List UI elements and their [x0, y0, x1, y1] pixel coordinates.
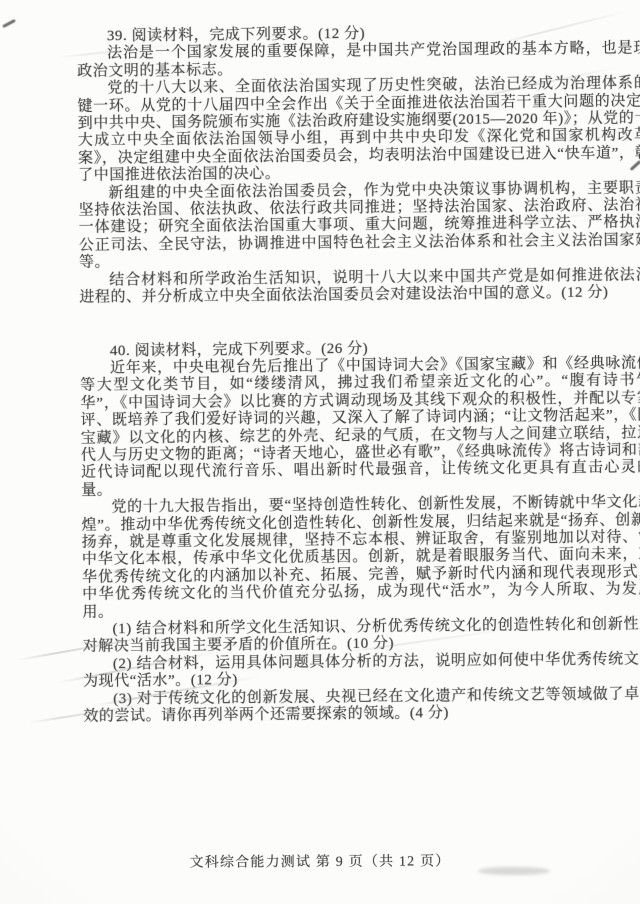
- question-39-task: 结合材料和所学政治生活知识，说明十八大以来中国共产党是如何推进依法治国进程的、并…: [79, 267, 640, 307]
- scanned-exam-page: 39. 阅读材料，完成下列要求。(12 分) 法治是一个国家发展的重要保障，是中…: [0, 0, 640, 904]
- question-39-paragraph-3: 新组建的中央全面依法治国委员会，作为党中央决策议事协调机构，主要职责是坚持依法治…: [78, 180, 640, 273]
- scan-smudge: [478, 867, 550, 875]
- question-40-subquestion-2: (2) 结合材料，运用具体问题具体分析的方法，说明应如何使中华优秀传统文化成为现…: [83, 651, 640, 691]
- question-39-paragraph-2: 党的十八大以来、全面依法治国实现了历史性突破，法治已经成为治理体系的关键一环。从…: [77, 75, 640, 185]
- question-40-paragraph-1: 近年来，中央电视台先后推出了《中国诗词大会》《国家宝藏》和《经典咏流传》等大型文…: [80, 355, 640, 500]
- scan-mark-top-left: [2, 19, 16, 28]
- question-39: 39. 阅读材料，完成下列要求。(12 分) 法治是一个国家发展的重要保障，是中…: [77, 23, 640, 307]
- exam-text-block: 39. 阅读材料，完成下列要求。(12 分) 法治是一个国家发展的重要保障，是中…: [77, 0, 640, 726]
- question-40-paragraph-2: 党的十九大报告指出，要“坚持创造性转化、创新性发展，不断铸就中华文化新辉煌”。推…: [81, 494, 640, 621]
- question-40: 40. 阅读材料，完成下列要求。(26 分) 近年来，中央电视台先后推出了《中国…: [80, 337, 640, 726]
